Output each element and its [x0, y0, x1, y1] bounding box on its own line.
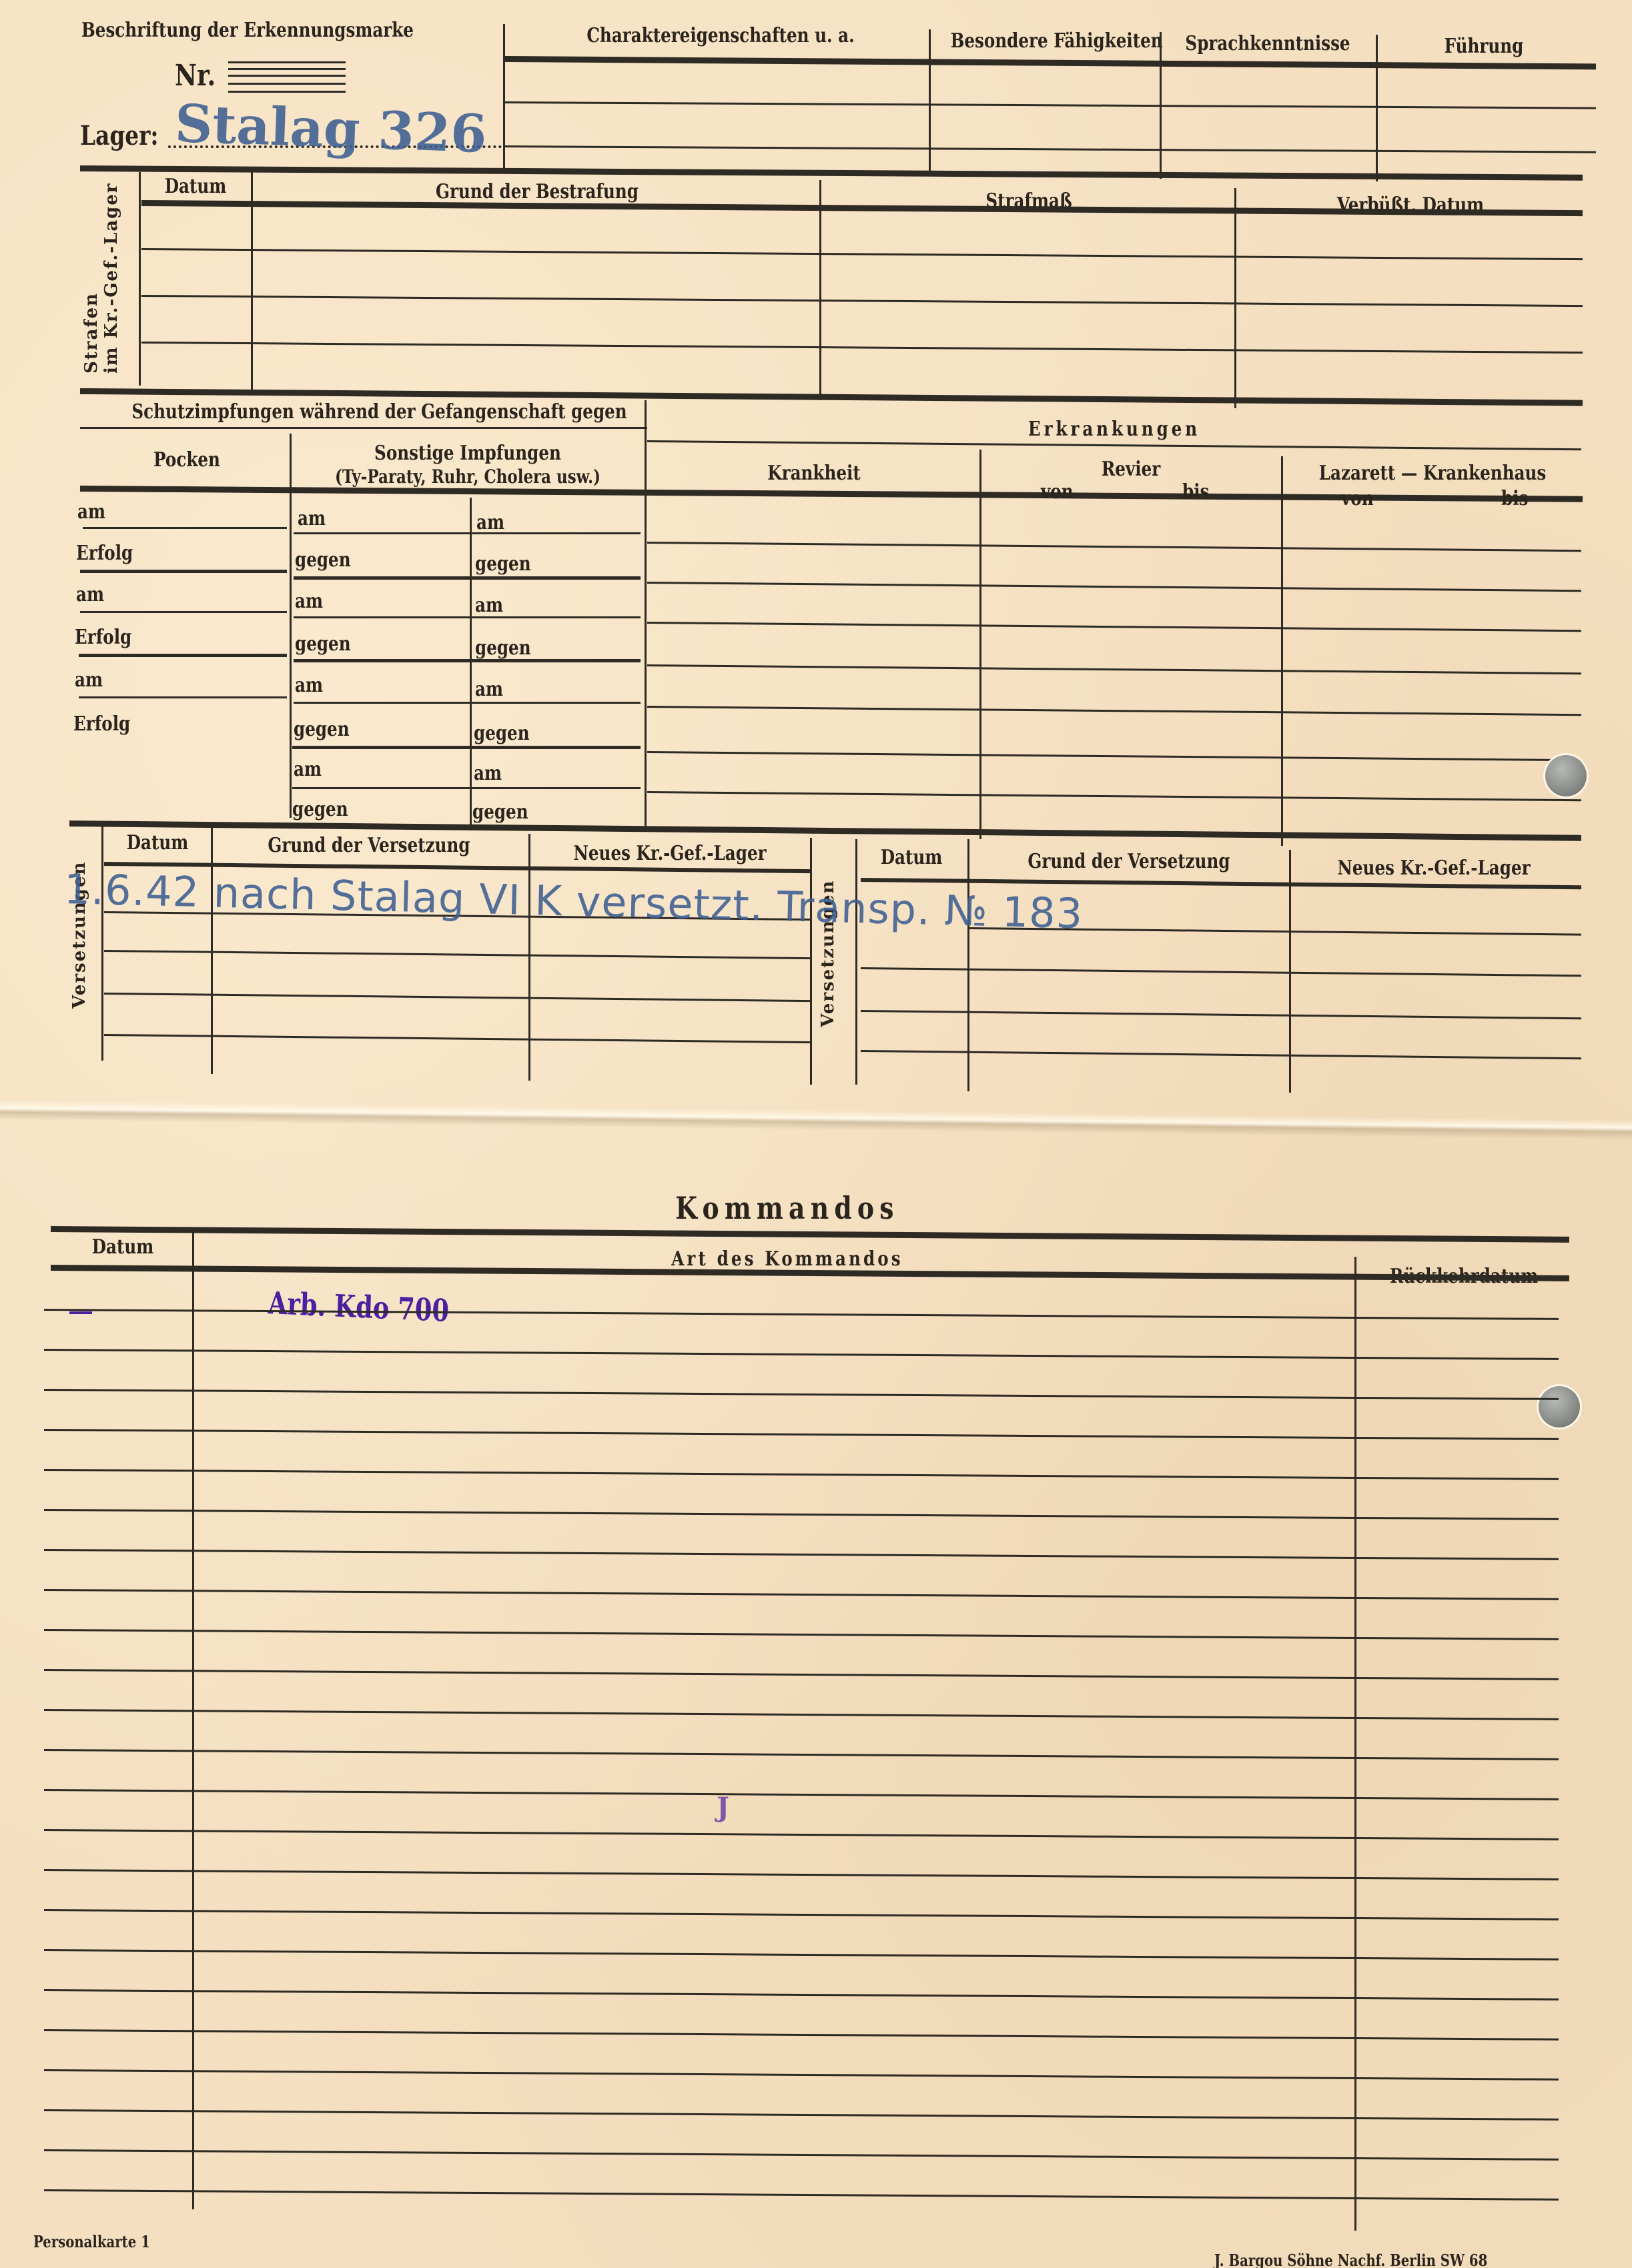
sonstige-row[interactable]: am — [295, 590, 323, 613]
sonstige-row[interactable]: gegen — [295, 548, 351, 572]
sonstige-row[interactable]: am — [475, 594, 503, 617]
strafen-col-grund: Grund der Bestrafung — [305, 180, 770, 203]
pocken-row[interactable]: am — [77, 500, 105, 524]
pocken-row[interactable]: am — [76, 583, 104, 606]
strafen-side-label: Strafen im Kr.-Gef.-Lager — [81, 182, 121, 374]
row-rule — [44, 2069, 1559, 2081]
row-rule — [44, 2149, 1559, 2161]
rule — [294, 659, 641, 662]
rule — [504, 101, 1596, 109]
side-label-line: im Kr.-Gef.-Lager — [101, 182, 121, 374]
divider — [101, 824, 103, 1061]
sonstige-row[interactable]: gegen — [472, 800, 528, 824]
versetzungen-right-col-neues-lager: Neues Kr.-Gef.-Lager — [1316, 857, 1552, 880]
row-rule — [44, 1629, 1559, 1640]
rule — [294, 576, 641, 580]
row-rule — [44, 1869, 1559, 1880]
divider — [979, 450, 981, 839]
rule — [294, 616, 641, 618]
row-rule — [44, 1989, 1559, 2001]
divider — [855, 839, 857, 1085]
kommandos-col-art: Art des Kommandos — [579, 1247, 995, 1271]
divider — [810, 838, 812, 1085]
row-rule — [44, 1429, 1559, 1440]
rule — [294, 532, 641, 534]
rule — [104, 1034, 811, 1043]
kommando-entry-art: Arb. Kdo 700 — [268, 1285, 450, 1329]
rule — [79, 696, 287, 698]
row-rule — [44, 1829, 1559, 1840]
side-label-line: Strafen — [81, 182, 101, 374]
divider — [528, 834, 530, 1081]
section-rule — [51, 1226, 1569, 1243]
sonstige-row[interactable]: am — [476, 511, 504, 534]
row-rule — [44, 2189, 1559, 2201]
sonstige-row[interactable]: gegen — [475, 636, 531, 660]
footer-form-name: Personalkarte 1 — [33, 2232, 150, 2251]
rule — [80, 611, 287, 613]
kommandos-title: Kommandos — [579, 1190, 995, 1226]
rule — [80, 427, 647, 429]
row-rule — [44, 1949, 1559, 1960]
rule — [104, 950, 811, 959]
stray-ink-mark: J — [717, 1792, 729, 1823]
revier-bis: bis — [1182, 480, 1209, 504]
sonstige-row[interactable]: am — [474, 762, 502, 785]
header-col-faehigkeiten: Besondere Fähigkeiten — [951, 29, 1137, 53]
lazarett-bis: bis — [1501, 487, 1528, 510]
sonstige-row[interactable]: am — [298, 507, 326, 530]
rule — [141, 295, 1583, 307]
erkrankungen-col-revier: Revier — [1008, 458, 1254, 481]
row-rule — [44, 1389, 1559, 1400]
versetzung-stamp-entry: 1.6.42 nach Stalag VI K versetzt. Transp… — [63, 865, 1084, 938]
versetzungen-right-col-datum: Datum — [867, 846, 955, 869]
versetzungen-col-grund: Grund der Versetzung — [240, 834, 497, 857]
strafen-col-datum: Datum — [150, 175, 241, 198]
rule — [647, 664, 1581, 674]
erkrankungen-col-krankheit: Krankheit — [677, 462, 951, 485]
revier-von: von — [1041, 480, 1074, 504]
paper-fold — [0, 1100, 1632, 1140]
row-rule — [44, 1469, 1559, 1480]
pocken-row[interactable]: Erfolg — [73, 712, 130, 736]
rule — [504, 145, 1596, 153]
header-col-sprachen: Sprachkenntnisse — [1180, 32, 1355, 55]
header-col-charakter: Charaktereigenschaften u. a. — [546, 24, 896, 47]
row-rule — [44, 1709, 1559, 1720]
versetzungen-right-col-grund: Grund der Versetzung — [997, 850, 1260, 873]
rule — [141, 248, 1583, 260]
nr-label: Nr. — [175, 59, 216, 93]
divider — [929, 29, 931, 176]
impfungen-col-sonstige-sub: (Ty-Paraty, Ruhr, Cholera usw.) — [323, 466, 613, 488]
versetzungen-col-neues-lager: Neues Kr.-Gef.-Lager — [555, 842, 785, 865]
rule — [647, 582, 1581, 592]
footer-printer: J. Bargou Söhne Nachf. Berlin SW 68 — [1214, 2251, 1487, 2268]
impfungen-title: Schutzimpfungen während der Gefangenscha… — [131, 400, 602, 424]
rule — [647, 542, 1581, 552]
sonstige-row[interactable]: gegen — [295, 632, 351, 656]
row-rule — [44, 2029, 1559, 2041]
erkrankungen-title: Erkrankungen — [731, 418, 1497, 441]
rule — [504, 56, 1596, 69]
rule — [79, 654, 287, 657]
punch-hole-icon — [1539, 1386, 1580, 1428]
sonstige-row[interactable]: gegen — [294, 718, 350, 741]
divider — [1234, 188, 1236, 408]
pocken-row[interactable]: Erfolg — [75, 626, 131, 649]
divider — [1376, 35, 1378, 181]
sonstige-row[interactable]: am — [294, 758, 322, 781]
sonstige-row[interactable]: gegen — [292, 798, 348, 821]
rule — [292, 746, 641, 749]
sonstige-row[interactable]: am — [295, 674, 323, 697]
rule — [292, 787, 641, 789]
row-rule — [44, 1589, 1559, 1600]
row-rule — [44, 1789, 1559, 1800]
rule — [80, 570, 287, 573]
row-rule — [44, 1909, 1559, 1920]
rule — [83, 527, 287, 529]
rule — [647, 440, 1581, 450]
rule — [104, 993, 811, 1002]
divider — [645, 400, 647, 827]
divider — [1281, 456, 1283, 846]
nr-field[interactable] — [228, 61, 346, 95]
kommandos-col-datum: Datum — [65, 1235, 181, 1259]
pocken-row[interactable]: am — [75, 668, 103, 692]
lager-stamp: Stalag 326 — [174, 93, 488, 165]
pocken-row[interactable]: Erfolg — [76, 542, 133, 565]
kommando-entry-datum-mark — [69, 1311, 92, 1314]
sonstige-row[interactable]: gegen — [475, 552, 531, 576]
erkennungsmarke-title: Beschriftung der Erkennungsmarke — [81, 19, 414, 42]
divider — [819, 180, 821, 400]
impfungen-col-sonstige: Sonstige Impfungen — [323, 442, 613, 465]
sonstige-row[interactable]: gegen — [474, 722, 530, 745]
rule — [647, 706, 1581, 716]
lager-label: Lager: — [80, 120, 159, 151]
row-rule — [44, 1509, 1559, 1520]
divider — [470, 498, 472, 827]
header-divider — [503, 24, 505, 171]
versetzungen-col-datum: Datum — [113, 831, 202, 855]
sonstige-row[interactable]: am — [475, 678, 503, 701]
divider — [967, 839, 969, 1091]
row-rule — [44, 1349, 1559, 1360]
section-rule — [80, 165, 1583, 181]
rule — [141, 342, 1583, 354]
divider — [192, 1231, 194, 2209]
row-rule — [44, 2109, 1559, 2121]
rule — [647, 622, 1581, 632]
header-col-fuehrung: Führung — [1396, 35, 1571, 58]
punch-hole-icon — [1545, 755, 1587, 796]
erkrankungen-col-lazarett: Lazarett — Krankenhaus — [1310, 462, 1556, 485]
row-rule — [44, 1549, 1559, 1560]
rule — [294, 702, 641, 704]
row-rule — [44, 1669, 1559, 1680]
row-rule — [44, 1749, 1559, 1760]
divider — [1354, 1257, 1356, 2231]
lazarett-von: von — [1341, 487, 1374, 510]
rule — [647, 751, 1581, 761]
rule — [647, 791, 1581, 801]
divider — [139, 172, 141, 386]
impfungen-col-pocken: Pocken — [99, 448, 274, 472]
